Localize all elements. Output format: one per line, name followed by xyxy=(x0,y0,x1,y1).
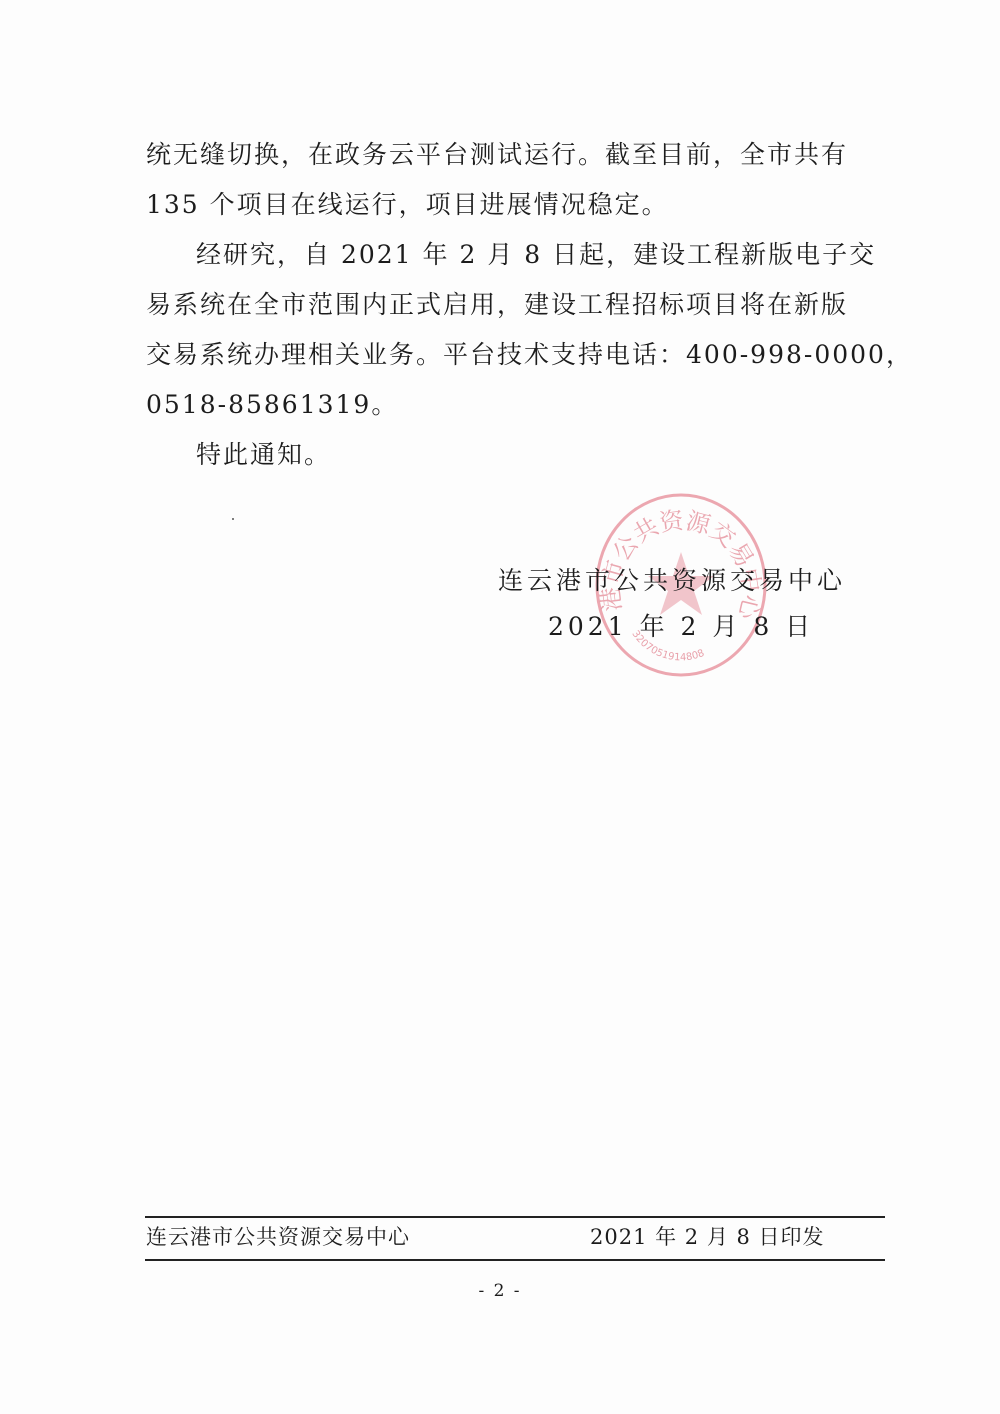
paragraph-line-6: 0518-85861319。 xyxy=(146,390,398,420)
footer-issuer: 连云港市公共资源交易中心 xyxy=(146,1224,410,1250)
footer-bottom-rule xyxy=(145,1259,885,1261)
paragraph-line-3: 经研究，自 2021 年 2 月 8 日起，建设工程新版电子交 xyxy=(196,240,876,270)
paragraph-line-5: 交易系统办理相关业务。平台技术支持电话：400-998-0000， xyxy=(146,340,913,370)
paragraph-line-4: 易系统在全市范围内正式启用，建设工程招标项目将在新版 xyxy=(146,290,848,320)
footer-top-rule xyxy=(145,1216,885,1218)
paragraph-line-2: 135 个项目在线运行，项目进展情况稳定。 xyxy=(146,190,669,220)
scan-speck xyxy=(232,518,234,520)
paragraph-line-1: 统无缝切换，在政务云平台测试运行。截至目前，全市共有 xyxy=(146,140,848,170)
page-number: - 2 - xyxy=(470,1281,530,1301)
closing-line: 特此通知。 xyxy=(196,440,331,470)
document-page: 统无缝切换，在政务云平台测试运行。截至目前，全市共有 135 个项目在线运行，项… xyxy=(0,0,1000,1414)
signature-date: 2021 年 2 月 8 日 xyxy=(548,612,814,642)
footer-issue-date: 2021 年 2 月 8 日印发 xyxy=(590,1224,825,1250)
signature-organization: 连云港市公共资源交易中心 xyxy=(498,566,846,596)
